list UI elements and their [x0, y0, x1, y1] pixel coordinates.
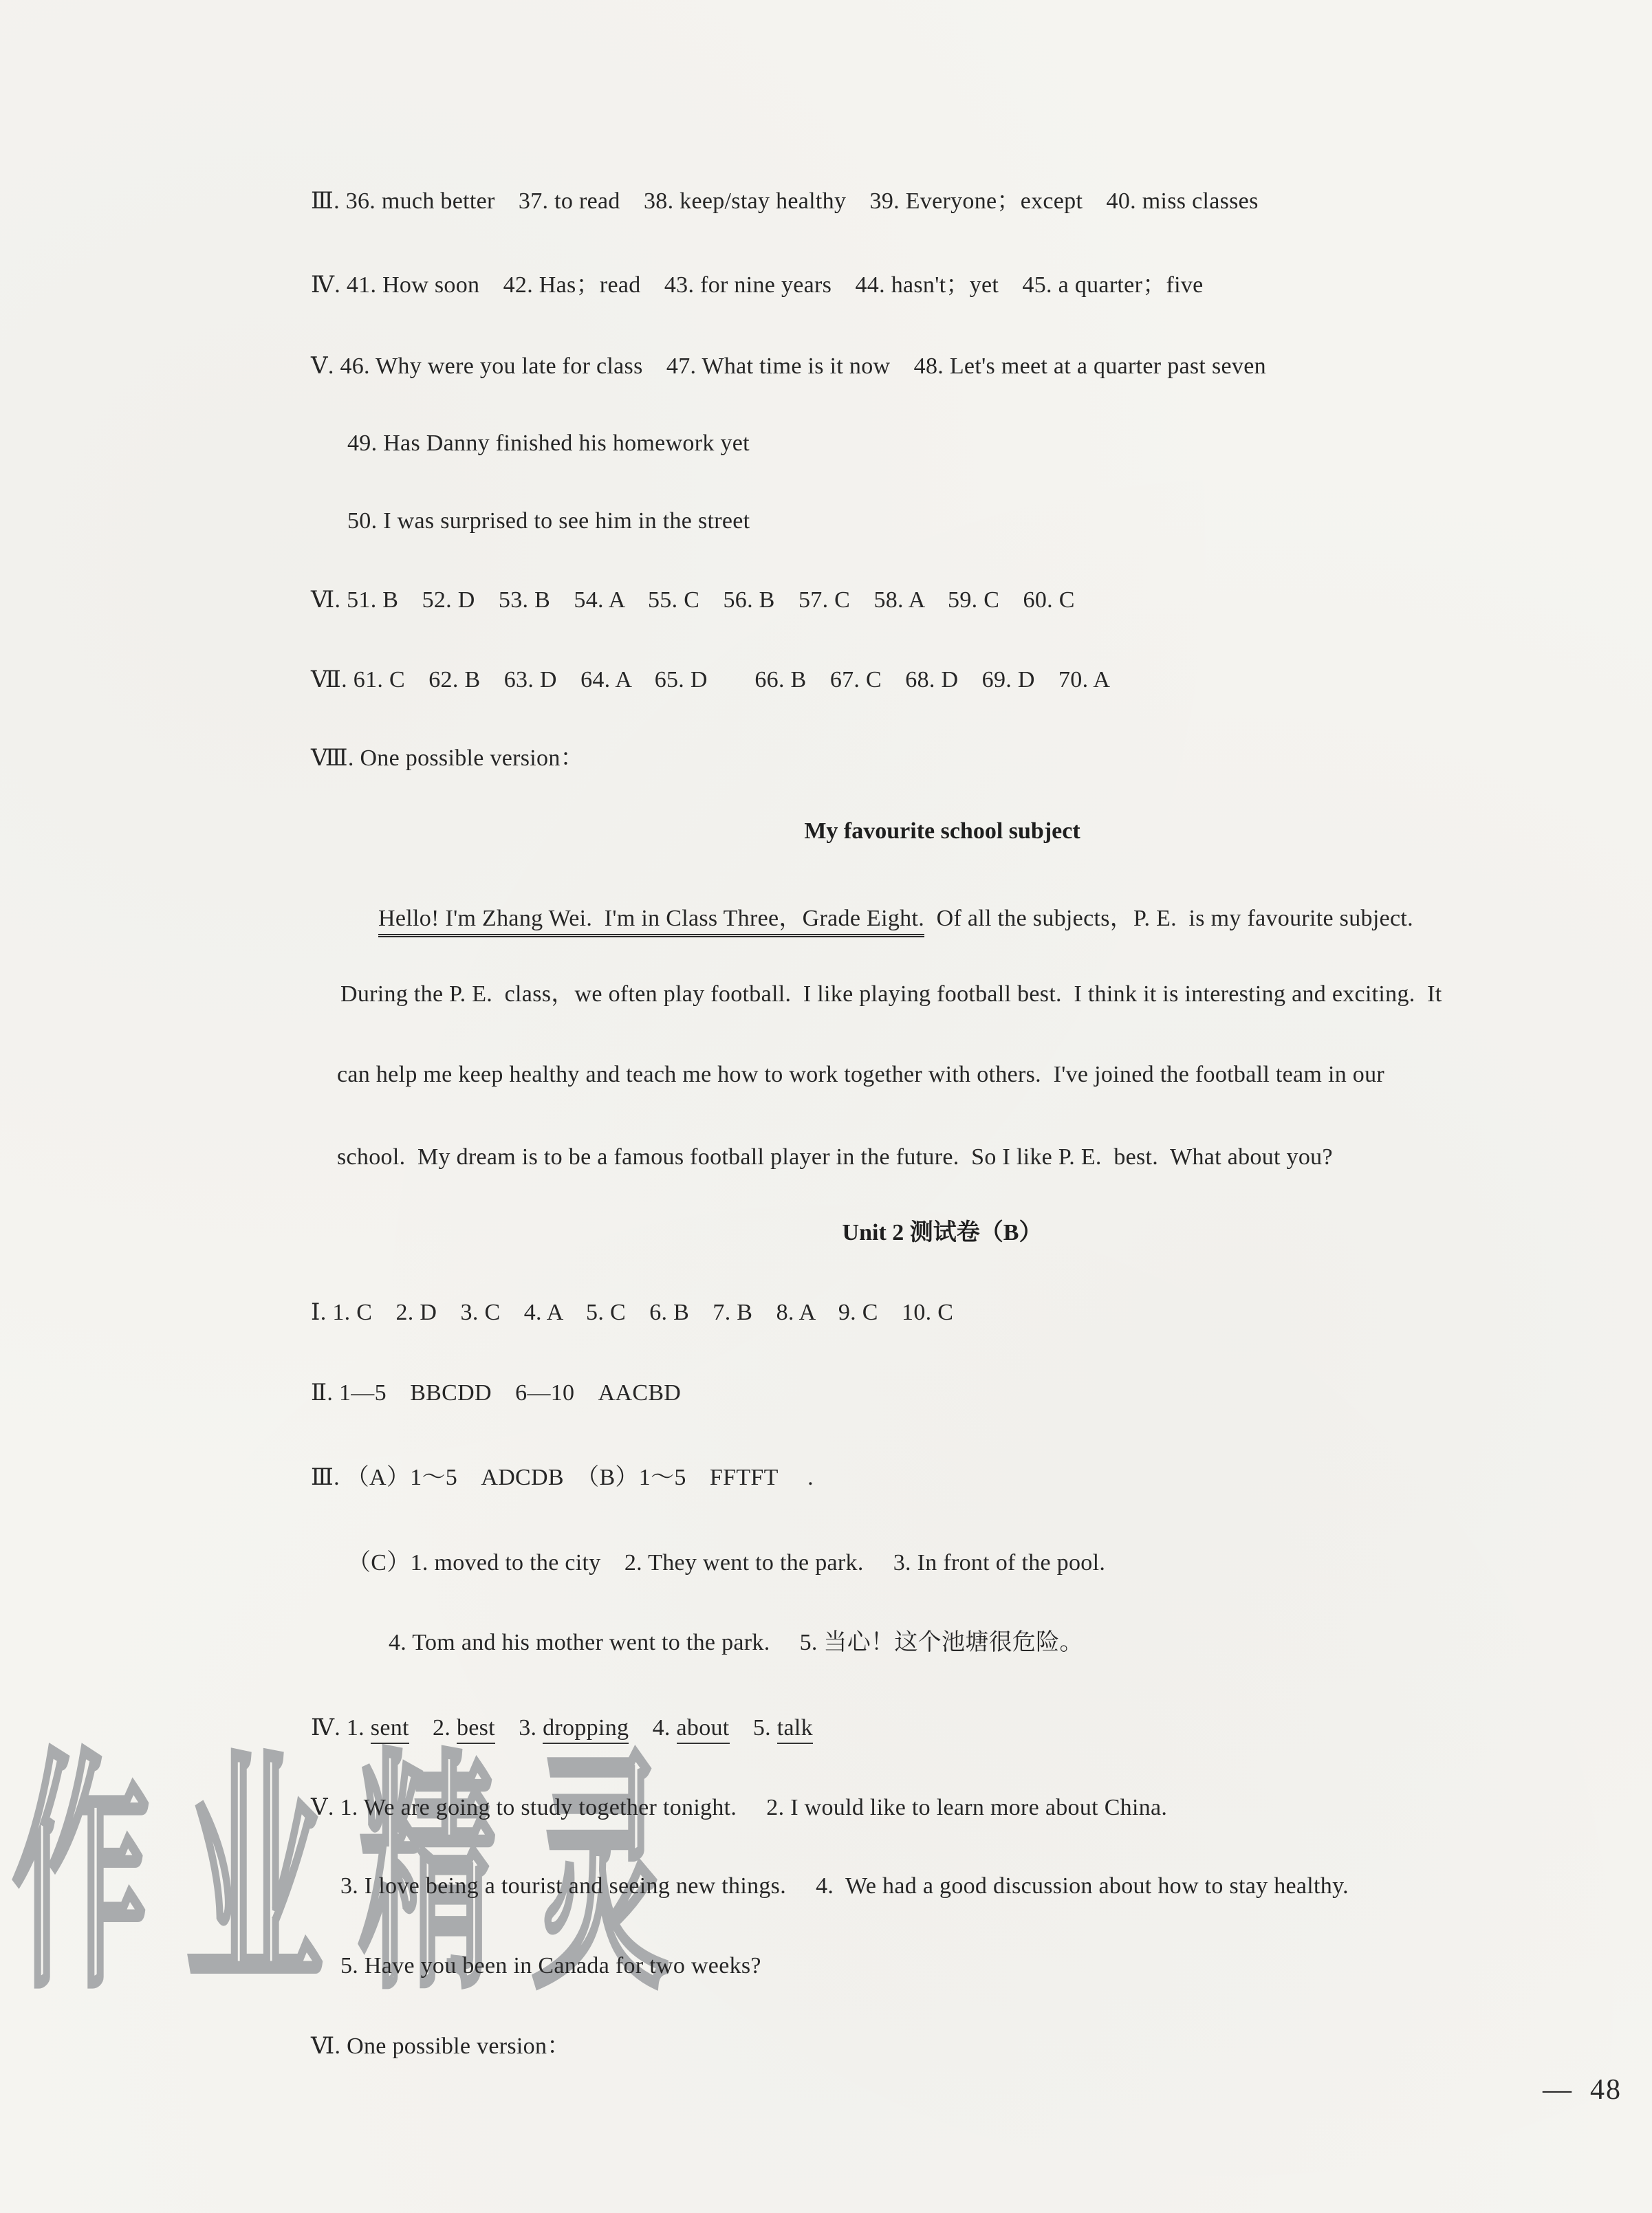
fill-blank-answer-1: sent — [371, 1715, 409, 1744]
unit1-answers-section6-line: Ⅵ. 51. B 52. D 53. B 54. A 55. C 56. B 5… — [311, 586, 1075, 615]
unit1-answers-section5-line: Ⅴ. 46. Why were you late for class 47. W… — [311, 352, 1266, 382]
fill-blanks-sep-3: 4. — [629, 1715, 676, 1741]
page-number-space — [1573, 2074, 1590, 2106]
fill-blanks-prefix: Ⅳ. 1. — [311, 1715, 371, 1741]
unit2-answers-section3-line: Ⅲ. （A）1～5 ADCDB （B）1～5 FFTFT . — [311, 1463, 814, 1493]
unit2-answers-section5-line: Ⅴ. 1. We are going to study together ton… — [311, 1794, 1167, 1823]
fill-blanks-sep-4: 5. — [730, 1715, 777, 1741]
fill-blank-answer-2: best — [457, 1715, 495, 1744]
answer-key-page: 作业精灵 Ⅲ. 36. much better 37. to read 38. … — [0, 0, 1652, 2213]
unit2-test-title: Unit 2 测试卷（B） — [311, 1219, 1574, 1248]
unit2-answers-section5-34-line: 3. I love being a tourist and seeing new… — [340, 1872, 1349, 1901]
essay-underlined-sentence: Hello! I'm Zhang Wei. I'm in Class Three… — [378, 906, 924, 937]
page-number-dash: — — [1543, 2074, 1573, 2106]
fill-blank-answer-5: talk — [777, 1715, 813, 1744]
essay-line-2: During the P. E. class，we often play foo… — [340, 980, 1442, 1010]
essay-line-4: school. My dream is to be a famous footb… — [337, 1143, 1333, 1173]
unit2-answers-section6-line: Ⅵ. One possible version： — [311, 2032, 571, 2062]
unit1-answers-section8-line: Ⅷ. One possible version： — [311, 744, 584, 774]
fill-blank-answer-3: dropping — [543, 1715, 629, 1744]
unit2-answers-partC-45-line: 4. Tom and his mother went to the park. … — [389, 1628, 1083, 1658]
essay-line-1: Hello! I'm Zhang Wei. I'm in Class Three… — [378, 904, 1413, 934]
essay-line-3: can help me keep healthy and teach me ho… — [337, 1060, 1384, 1090]
page-number: — 48 — [1543, 2073, 1622, 2106]
essay-title: My favourite school subject — [311, 817, 1574, 847]
unit1-answer-49-line: 49. Has Danny finished his homework yet — [347, 429, 750, 459]
fill-blanks-sep-1: 2. — [409, 1715, 457, 1741]
fill-blanks-sep-2: 3. — [495, 1715, 543, 1741]
unit2-answers-section2-line: Ⅱ. 1—5 BBCDD 6—10 AACBD — [311, 1379, 681, 1408]
fill-blank-answer-4: about — [677, 1715, 730, 1744]
unit2-fill-blanks-line: Ⅳ. 1. sent 2. best 3. dropping 4. about … — [311, 1714, 813, 1743]
unit1-answers-section7-line: Ⅶ. 61. C 62. B 63. D 64. A 65. D 66. B 6… — [311, 666, 1110, 695]
unit2-answers-section1-line: Ⅰ. 1. C 2. D 3. C 4. A 5. C 6. B 7. B 8.… — [311, 1298, 953, 1328]
unit1-answers-section4-line: Ⅳ. 41. How soon 42. Has；read 43. for nin… — [311, 271, 1204, 301]
essay-line-1-rest: Of all the subjects，P. E. is my favourit… — [924, 906, 1413, 931]
page-number-value: 48 — [1590, 2074, 1622, 2106]
unit1-answers-section3-line: Ⅲ. 36. much better 37. to read 38. keep/… — [311, 187, 1259, 217]
unit2-answers-partC-line: （C）1. moved to the city 2. They went to … — [347, 1549, 1105, 1578]
unit1-answer-50-line: 50. I was surprised to see him in the st… — [347, 507, 750, 536]
unit2-answers-section5-5-line: 5. Have you been in Canada for two weeks… — [340, 1952, 761, 1981]
